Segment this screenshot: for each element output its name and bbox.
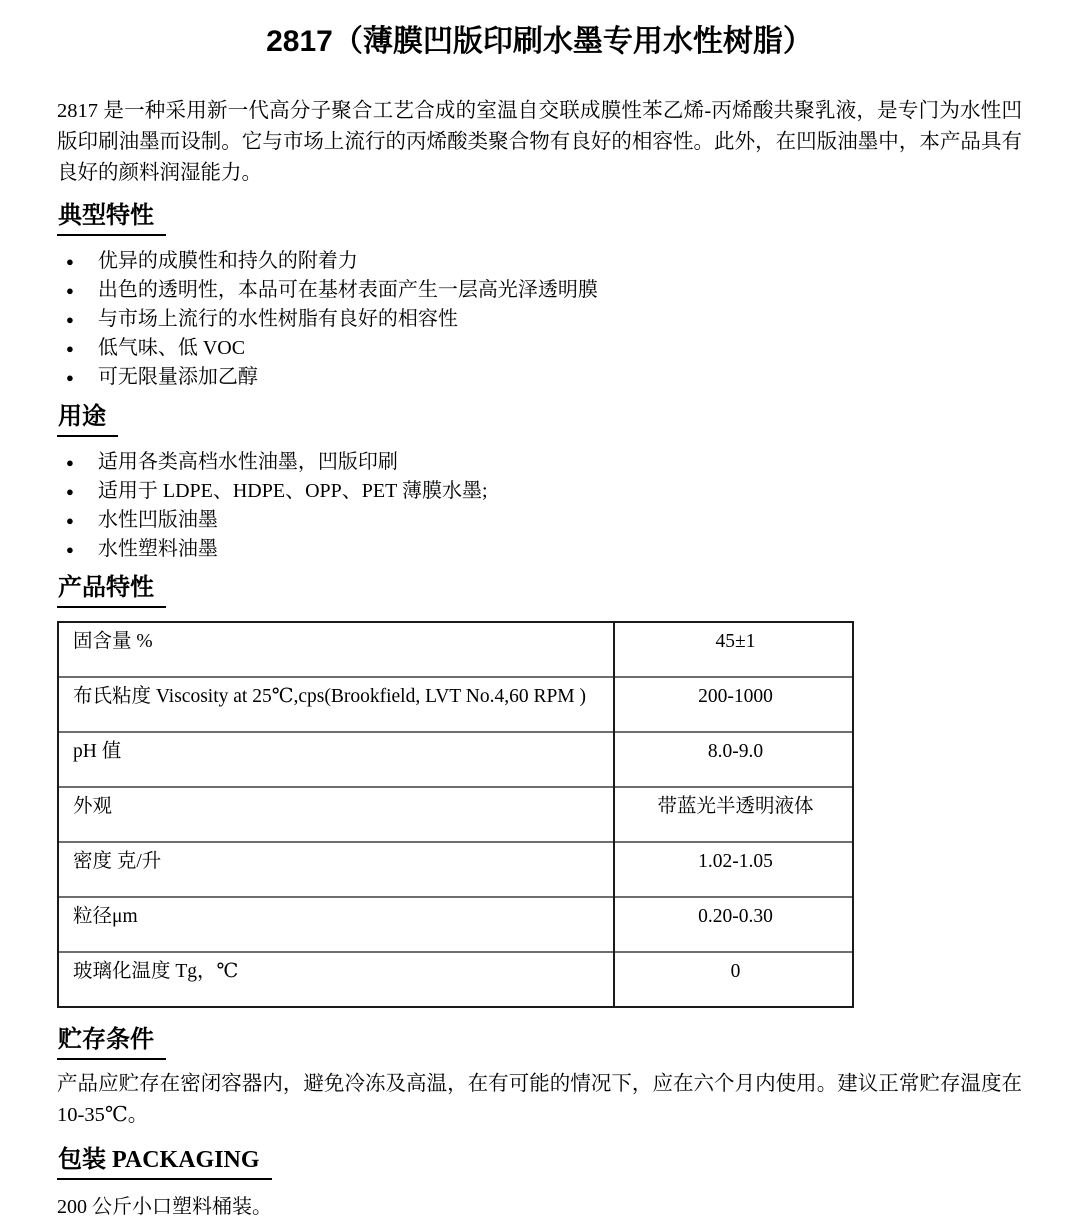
property-label: 布氏粘度 Viscosity at 25℃,cps(Brookfield, LV… [58, 677, 614, 732]
list-item-text: 适用于 LDPE、HDPE、OPP、PET 薄膜水墨; [98, 477, 488, 506]
list-item: ● 适用各类高档水性油墨，凹版印刷 [57, 448, 1022, 477]
section-storage: 贮存条件 产品应贮存在密闭容器内，避免冷冻及高温，在有可能的情况下，应在六个月内… [57, 1008, 1022, 1131]
product-properties-table: 固含量 % 45±1 布氏粘度 Viscosity at 25℃,cps(Bro… [57, 621, 854, 1008]
bullet-icon: ● [66, 535, 74, 564]
table-row: pH 值 8.0-9.0 [58, 732, 853, 787]
storage-paragraph: 产品应贮存在密闭容器内，避免冷冻及高温，在有可能的情况下，应在六个月内使用。建议… [57, 1069, 1022, 1131]
property-value: 200-1000 [614, 677, 853, 732]
table-row: 玻璃化温度 Tg，℃ 0 [58, 952, 853, 1007]
usage-list: ● 适用各类高档水性油墨，凹版印刷 ● 适用于 LDPE、HDPE、OPP、PE… [57, 448, 1022, 564]
bullet-icon: ● [66, 363, 74, 392]
table-row: 外观 带蓝光半透明液体 [58, 787, 853, 842]
list-item-text: 水性塑料油墨 [98, 535, 218, 564]
list-item-text: 水性凹版油墨 [98, 506, 218, 535]
list-item: ● 低气味、低 VOC [57, 334, 1022, 363]
section-typical-properties: 典型特性 ● 优异的成膜性和持久的附着力 ● 出色的透明性，本品可在基材表面产生… [57, 189, 1022, 392]
section-heading-product-properties: 产品特性 [57, 573, 166, 608]
list-item-text: 适用各类高档水性油墨，凹版印刷 [98, 448, 398, 477]
section-heading-packaging: 包装 PACKAGING [57, 1145, 272, 1180]
page-title: 2817（薄膜凹版印刷水墨专用水性树脂） [57, 22, 1022, 62]
property-label: 密度 克/升 [58, 842, 614, 897]
section-usage: 用途 ● 适用各类高档水性油墨，凹版印刷 ● 适用于 LDPE、HDPE、OPP… [57, 392, 1022, 564]
section-heading-usage: 用途 [57, 402, 118, 437]
table-row: 布氏粘度 Viscosity at 25℃,cps(Brookfield, LV… [58, 677, 853, 732]
list-item: ● 出色的透明性，本品可在基材表面产生一层高光泽透明膜 [57, 276, 1022, 305]
property-label: 外观 [58, 787, 614, 842]
list-item: ● 与市场上流行的水性树脂有良好的相容性 [57, 305, 1022, 334]
property-value: 0.20-0.30 [614, 897, 853, 952]
property-value: 0 [614, 952, 853, 1007]
property-value: 带蓝光半透明液体 [614, 787, 853, 842]
bullet-icon: ● [66, 477, 74, 506]
bullet-icon: ● [66, 247, 74, 276]
bullet-icon: ● [66, 276, 74, 305]
bullet-icon: ● [66, 506, 74, 535]
list-item: ● 适用于 LDPE、HDPE、OPP、PET 薄膜水墨; [57, 477, 1022, 506]
list-item: ● 水性塑料油墨 [57, 535, 1022, 564]
typical-properties-list: ● 优异的成膜性和持久的附着力 ● 出色的透明性，本品可在基材表面产生一层高光泽… [57, 247, 1022, 392]
list-item-text: 优异的成膜性和持久的附着力 [98, 247, 358, 276]
property-label: 玻璃化温度 Tg，℃ [58, 952, 614, 1007]
list-item: ● 水性凹版油墨 [57, 506, 1022, 535]
property-label: pH 值 [58, 732, 614, 787]
packaging-paragraph: 200 公斤小口塑料桶装。 [57, 1193, 1022, 1222]
table-row: 固含量 % 45±1 [58, 622, 853, 677]
bullet-icon: ● [66, 305, 74, 334]
property-label: 固含量 % [58, 622, 614, 677]
list-item-text: 可无限量添加乙醇 [98, 363, 258, 392]
table-row: 粒径μm 0.20-0.30 [58, 897, 853, 952]
table-row: 密度 克/升 1.02-1.05 [58, 842, 853, 897]
list-item: ● 可无限量添加乙醇 [57, 363, 1022, 392]
list-item-text: 出色的透明性，本品可在基材表面产生一层高光泽透明膜 [98, 276, 598, 305]
section-heading-typical-properties: 典型特性 [57, 201, 166, 236]
list-item-text: 与市场上流行的水性树脂有良好的相容性 [98, 305, 458, 334]
section-product-properties: 产品特性 固含量 % 45±1 布氏粘度 Viscosity at 25℃,cp… [57, 564, 1022, 1008]
property-label: 粒径μm [58, 897, 614, 952]
list-item-text: 低气味、低 VOC [98, 334, 245, 363]
datasheet-page: 2817（薄膜凹版印刷水墨专用水性树脂） 2817 是一种采用新一代高分子聚合工… [0, 0, 1080, 1223]
property-value: 1.02-1.05 [614, 842, 853, 897]
section-heading-storage: 贮存条件 [57, 1025, 166, 1060]
intro-paragraph: 2817 是一种采用新一代高分子聚合工艺合成的室温自交联成膜性苯乙烯-丙烯酸共聚… [57, 96, 1022, 189]
property-value: 8.0-9.0 [614, 732, 853, 787]
property-value: 45±1 [614, 622, 853, 677]
section-packaging: 包装 PACKAGING 200 公斤小口塑料桶装。 [57, 1131, 1022, 1222]
list-item: ● 优异的成膜性和持久的附着力 [57, 247, 1022, 276]
bullet-icon: ● [66, 448, 74, 477]
bullet-icon: ● [66, 334, 74, 363]
